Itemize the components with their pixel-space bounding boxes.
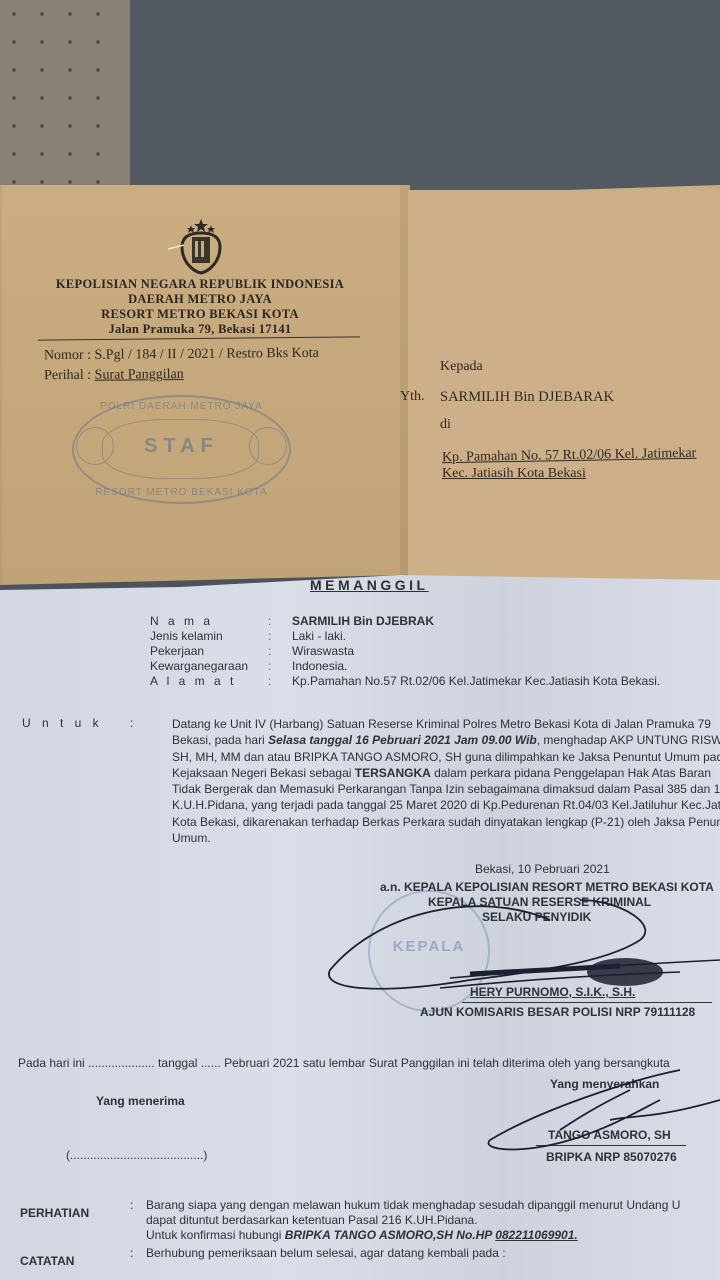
colon: :	[268, 674, 292, 689]
perihal-label: Perihal	[44, 368, 84, 383]
colon: :	[268, 659, 292, 674]
signatory-line2: KEPALA SATUAN RESERSE KRIMINAL	[428, 895, 651, 909]
colon: :	[130, 1198, 133, 1212]
identity-row: Pekerjaan : Wiraswasta	[150, 644, 660, 659]
colon: :	[268, 644, 292, 659]
confirmation-line: Untuk konfirmasi hubungi BRIPKA TANGO AS…	[146, 1228, 578, 1242]
colon: :	[130, 716, 133, 730]
staff-stamp: POLRI DAERAH METRO JAYA STAF RESORT METR…	[72, 395, 291, 504]
stamp-bottom-text: RESORT METRO BEKASI KOTA	[74, 487, 289, 498]
giver-name: TANGO ASMORO, SH	[548, 1128, 671, 1142]
police-crest-icon	[168, 217, 234, 277]
text-span: Untuk konfirmasi hubungi	[146, 1228, 285, 1242]
signatory-rank: AJUN KOMISARIS BESAR POLISI NRP 79111128	[420, 1005, 695, 1019]
purpose-text: Datang ke Unit IV (Harbang) Satuan Reser…	[172, 716, 720, 846]
letterhead-resort: RESORT METRO BEKASI KOTA	[30, 307, 370, 322]
identity-table: N a m a : SARMILIH Bin DJEBRAK Jenis kel…	[150, 614, 660, 689]
colon: :	[268, 614, 292, 629]
text-span: Bekasi, pada hari	[172, 733, 268, 747]
identity-label: Kewarganegaraan	[150, 659, 268, 674]
signatory-line1: a.n. KEPALA KEPOLISIAN RESORT METRO BEKA…	[380, 880, 714, 894]
nomor-label: Nomor	[44, 348, 84, 363]
perihal-value: Surat Panggilan	[95, 367, 184, 383]
identity-value: Wiraswasta	[292, 644, 354, 659]
purpose-line: Bekasi, pada hari Selasa tanggal 16 Pebr…	[172, 732, 720, 748]
cover-sheet-right-panel	[408, 190, 720, 582]
giver-divider	[536, 1145, 686, 1146]
purpose-line: Umum.	[172, 830, 720, 846]
pegboard-background	[0, 0, 130, 190]
seal-word: KEPALA	[370, 938, 488, 955]
text-span: Kejaksaan Negeri Bekasi sebagai	[172, 766, 355, 780]
purpose-line: Tidak Bergerak dan Memasuki Perkarangan …	[172, 781, 720, 797]
identity-row: A l a m a t : Kp.Pamahan No.57 Rt.02/06 …	[150, 674, 660, 689]
receiver-label: Yang menerima	[96, 1094, 185, 1108]
nomor-value: S.Pgl / 184 / II / 2021 / Restro Bks Kot…	[94, 346, 319, 363]
addressee-yth: Yth.	[400, 389, 425, 405]
contact-phone: 082211069901.	[495, 1228, 578, 1242]
identity-row: N a m a : SARMILIH Bin DJEBRAK	[150, 614, 660, 629]
catatan-label: CATATAN	[20, 1254, 74, 1268]
signatory-line3: SELAKU PENYIDIK	[482, 910, 591, 924]
addressee-address-line2: Kec. Jatiasih Kota Bekasi	[442, 466, 586, 482]
letterhead: KEPOLISIAN NEGARA REPUBLIK INDONESIA DAE…	[30, 277, 370, 337]
purpose-line: Datang ke Unit IV (Harbang) Satuan Reser…	[172, 716, 720, 732]
status-tersangka: TERSANGKA	[355, 766, 431, 780]
text-span: dalam perkara pidana Penggelapan Hak Ata…	[431, 766, 711, 780]
letterhead-region: DAERAH METRO JAYA	[30, 292, 370, 307]
identity-value: SARMILIH Bin DJEBRAK	[292, 614, 434, 629]
reference-block: Nomor : S.Pgl / 184 / II / 2021 / Restro…	[44, 344, 319, 386]
purpose-line: SH, MH, MM dan atau BRIPKA TANGO ASMORO,…	[172, 749, 720, 765]
perhatian-text-line2: dapat dituntut berdasarkan ketentuan Pas…	[146, 1213, 478, 1227]
purpose-line: Kejaksaan Negeri Bekasi sebagai TERSANGK…	[172, 765, 720, 781]
identity-value: Laki - laki.	[292, 629, 346, 644]
identity-row: Kewarganegaraan : Indonesia.	[150, 659, 660, 674]
colon: :	[130, 1246, 133, 1260]
addressee-name: SARMILIH Bin DJEBARAK	[440, 389, 614, 406]
receiver-signature-blank: (.......................................…	[66, 1148, 207, 1162]
untuk-label: U n t u k	[22, 716, 103, 730]
label-text: PERHATIAN	[20, 1206, 89, 1220]
receipt-statement: Pada hari ini .................... tangg…	[18, 1056, 670, 1070]
addressee-di: di	[440, 417, 451, 433]
identity-value: Indonesia.	[292, 659, 347, 674]
identity-label: Pekerjaan	[150, 644, 268, 659]
giver-label: Yang menyerahkan	[550, 1077, 659, 1091]
signatory-officer-name: HERY PURNOMO, S.I.K., S.H.	[470, 985, 635, 999]
addressee-kepada: Kepada	[440, 359, 483, 375]
identity-row: Jenis kelamin : Laki - laki.	[150, 629, 660, 644]
colon: :	[268, 629, 292, 644]
perhatian-label: PERHATIAN	[20, 1206, 89, 1220]
catatan-text: Berhubung pemeriksaan belum selesai, aga…	[146, 1246, 506, 1260]
perhatian-text-line1: Barang siapa yang dengan melawan hukum t…	[146, 1198, 680, 1212]
document-title: MEMANGGIL	[310, 577, 429, 593]
appointment-datetime: Selasa tanggal 16 Pebruari 2021 Jam 09.0…	[268, 733, 537, 747]
identity-label: A l a m a t	[150, 674, 268, 689]
identity-label: N a m a	[150, 614, 268, 629]
text-span: , menghadap AKP UNTUNG RISWAJI	[537, 733, 720, 747]
label-text: CATATAN	[20, 1254, 74, 1268]
giver-rank: BRIPKA NRP 85070276	[546, 1150, 677, 1164]
stamp-top-text: POLRI DAERAH METRO JAYA	[74, 401, 289, 412]
identity-label: Jenis kelamin	[150, 629, 268, 644]
identity-value: Kp.Pamahan No.57 Rt.02/06 Kel.Jatimekar …	[292, 674, 660, 689]
letterhead-address: Jalan Pramuka 79, Bekasi 17141	[30, 322, 370, 337]
letterhead-institution: KEPOLISIAN NEGARA REPUBLIK INDONESIA	[30, 277, 370, 292]
contact-person: BRIPKA TANGO ASMORO,SH No.HP	[285, 1228, 495, 1242]
issue-place-date: Bekasi, 10 Pebruari 2021	[475, 862, 610, 876]
purpose-line: Kota Bekasi, dikarenakan terhadap Berkas…	[172, 814, 720, 830]
stamp-word: STAF	[74, 435, 289, 458]
purpose-line: K.U.H.Pidana, yang terjadi pada tanggal …	[172, 797, 720, 813]
signature-divider	[462, 1002, 712, 1003]
